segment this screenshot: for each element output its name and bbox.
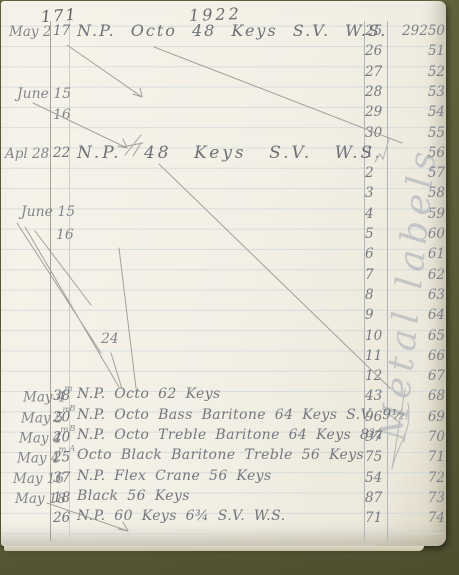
date-note: 16 <box>53 107 71 123</box>
serial-number: 61 <box>389 246 446 262</box>
ledger-entry-no: 38 <box>53 388 70 404</box>
serial-number: 67 <box>389 368 446 384</box>
ledger-entry-no: 22 <box>53 145 70 161</box>
day-number: 1 <box>365 145 385 161</box>
serial-number: 66 <box>389 348 446 364</box>
ledger-entry-desc: N.P. Octo 48 Keys S.V. W.S. <box>77 21 387 40</box>
day-number: 10 <box>365 328 385 344</box>
scanned-ledger-photo: 171 1922 Metal labels May 217N.P. Octo 4… <box>0 0 459 575</box>
ledger-entry-no: 26 <box>53 510 70 526</box>
serial-number: 56 <box>389 145 446 161</box>
date-note: 16 <box>56 227 74 243</box>
day-number: 8 <box>365 287 385 303</box>
serial-number: 68 <box>389 388 446 404</box>
serial-number: 54 <box>389 104 446 120</box>
day-number: 6 <box>365 246 385 262</box>
serial-number: 52 <box>389 64 446 80</box>
serial-number: 65 <box>389 328 446 344</box>
ledger-entry-desc: N.P. Octo 62 Keys <box>77 386 221 402</box>
serial-number: 74 <box>389 510 446 526</box>
serial-number: 64 <box>389 307 446 323</box>
serial-number: 70 <box>389 429 446 445</box>
ledger-entry-no: 17 <box>53 23 70 39</box>
serial-number: 60 <box>389 226 446 242</box>
serial-number: 63 <box>389 287 446 303</box>
day-number: 43 <box>365 388 385 404</box>
day-number: 25 <box>365 23 385 39</box>
day-number: 28 <box>365 84 385 100</box>
superscript-mark: A <box>69 444 75 454</box>
day-number: 71 <box>365 510 385 526</box>
serial-number: 73 <box>389 490 446 506</box>
day-number: 2 <box>365 165 385 181</box>
ledger-entry-desc: N.P. 60 Keys 6¾ S.V. W.S. <box>77 508 285 524</box>
day-number: 9 <box>365 307 385 323</box>
serial-number: 62 <box>389 267 446 283</box>
ledger-entry-desc: N.P. 48 Keys S.V. W.S. <box>77 143 383 163</box>
serial-number: 55 <box>389 125 446 141</box>
date-note: 24 <box>101 331 119 347</box>
ledger-entry-no: 20B <box>53 409 76 426</box>
date-note: June 15 <box>17 86 71 102</box>
ledger-entry-no: 25A <box>53 449 76 466</box>
day-number: 12 <box>365 368 385 384</box>
day-number: 29 <box>365 104 385 120</box>
ledger-entry-date: May 2 <box>9 24 51 40</box>
ledger-entry-desc: Black 56 Keys <box>77 488 190 504</box>
day-number: 3 <box>365 185 385 201</box>
superscript-mark: B <box>69 424 75 434</box>
day-number: 75 <box>365 449 385 465</box>
day-number: 4 <box>365 206 385 222</box>
serial-number: 51 <box>389 43 446 59</box>
day-number: 5 <box>365 226 385 242</box>
ledger-entry-desc: N.P. Octo Bass Baritone 64 Keys S.V. 9½ <box>77 407 406 423</box>
day-number: 87 <box>365 490 385 506</box>
ledger-page: 171 1922 Metal labels May 217N.P. Octo 4… <box>1 1 446 546</box>
day-number: 27 <box>365 64 385 80</box>
ledger-entry-desc: N.P. Flex Crane 56 Keys <box>77 468 272 484</box>
day-number: 11 <box>365 348 385 364</box>
day-number: 97 <box>365 429 385 445</box>
serial-number: 71 <box>389 449 446 465</box>
serial-number: 59 <box>389 206 446 222</box>
serial-number: 57 <box>389 165 446 181</box>
ledger-entry-no: 37 <box>53 470 70 486</box>
ledger-entry-desc: N.P. Octo Treble Baritone 64 Keys 8¾ <box>77 427 383 443</box>
serial-number: 69 <box>389 409 446 425</box>
day-number: 26 <box>365 43 385 59</box>
ledger-entry-no: 18 <box>53 490 70 506</box>
serial-number: 29250 <box>389 23 446 39</box>
book-page-edges <box>4 546 424 551</box>
serial-number: 72 <box>389 470 446 486</box>
ledger-entry-date: Apl 28 <box>5 146 49 162</box>
serial-number: 53 <box>389 84 446 100</box>
ledger-entry-desc: Octo Black Baritone Treble 56 Keys <box>77 447 364 463</box>
day-number: 7 <box>365 267 385 283</box>
date-note: June 15 <box>21 204 75 220</box>
day-number: 54 <box>365 470 385 486</box>
day-number: 96 <box>365 409 385 425</box>
serial-number: 58 <box>389 185 446 201</box>
day-number: 30 <box>365 125 385 141</box>
superscript-mark: B <box>69 404 75 414</box>
